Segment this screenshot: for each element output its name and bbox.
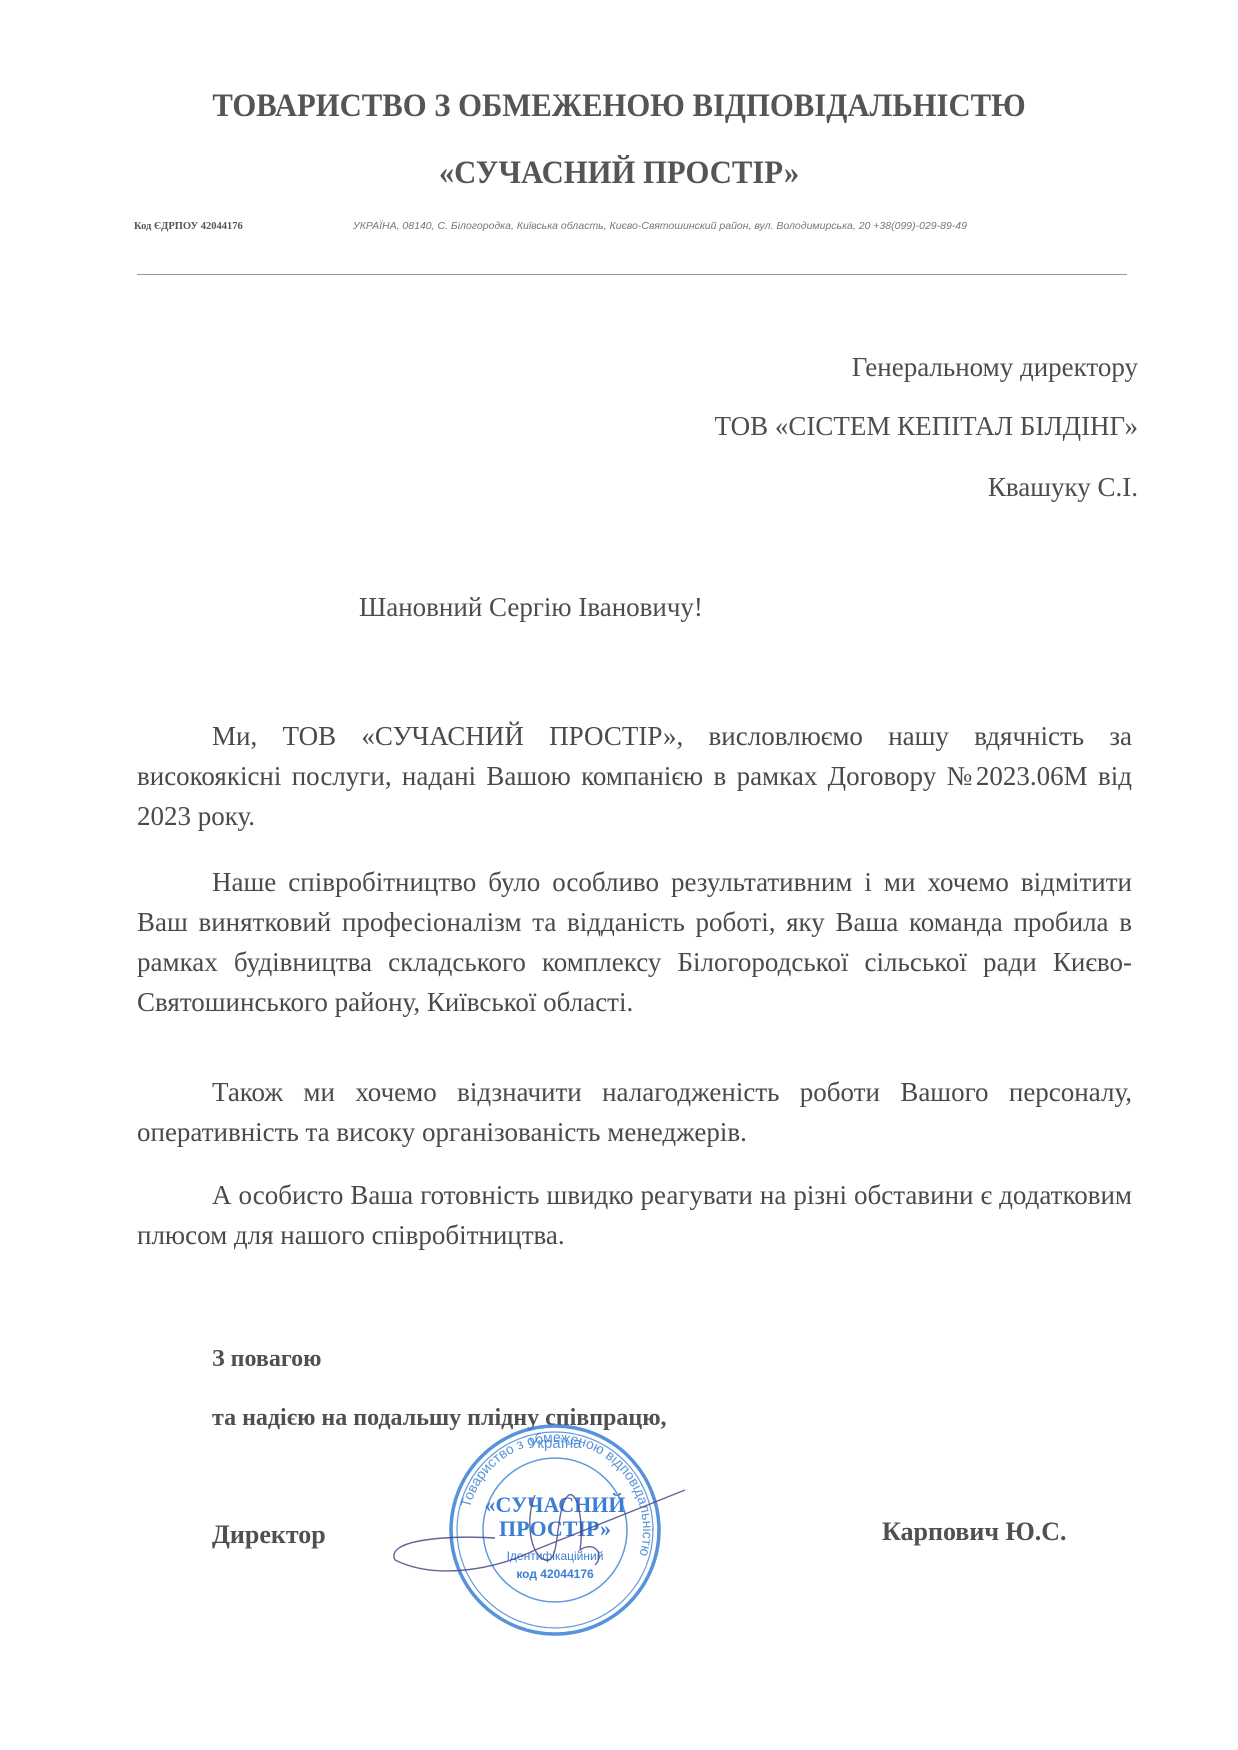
company-title-line2: «СУЧАСНИЙ ПРОСТІР» [43,155,1194,192]
body-paragraph-4: А особисто Ваша готовність швидко реагув… [137,1175,1132,1255]
addressee-company: ТОВ «СІСТЕМ КЕПІТАЛ БІЛДІНГ» [715,411,1139,442]
stamp-name-line2: ПРОСТІР» [499,1516,611,1541]
edrpou-code: Код ЄДРПОУ 42044176 [134,221,243,232]
company-stamp: Товариство з обмеженою відповідальністю … [435,1420,675,1640]
stamp-name-line1: «СУЧАСНИЙ [485,1492,626,1517]
stamp-seal-icon: Товариство з обмеженою відповідальністю … [435,1420,675,1640]
closing-regards: З повагою [212,1346,322,1373]
stamp-id-code: код 42044176 [516,1567,594,1581]
greeting: Шановний Сергію Івановичу! [359,592,703,623]
body-paragraph-1: Ми, ТОВ «СУЧАСНИЙ ПРОСТІР», висловлюємо … [137,716,1132,836]
body-paragraph-2: Наше співробітництво було особливо резул… [137,862,1132,1022]
body-paragraph-3: Також ми хочемо відзначити налагодженіст… [137,1072,1132,1152]
signer-position: Директор [212,1520,326,1550]
addressee-position: Генеральному директору [852,352,1138,383]
header-divider [137,274,1127,275]
company-address: УКРАЇНА, 08140, С. Білогородка, Київська… [353,220,967,232]
signer-name: Карпович Ю.С. [882,1517,1067,1547]
stamp-country: Україна [529,1435,583,1452]
addressee-name: Квашуку С.І. [988,472,1138,503]
company-title-line1: ТОВАРИСТВО З ОБМЕЖЕНОЮ ВІДПОВІДАЛЬНІСТЮ [43,88,1194,125]
